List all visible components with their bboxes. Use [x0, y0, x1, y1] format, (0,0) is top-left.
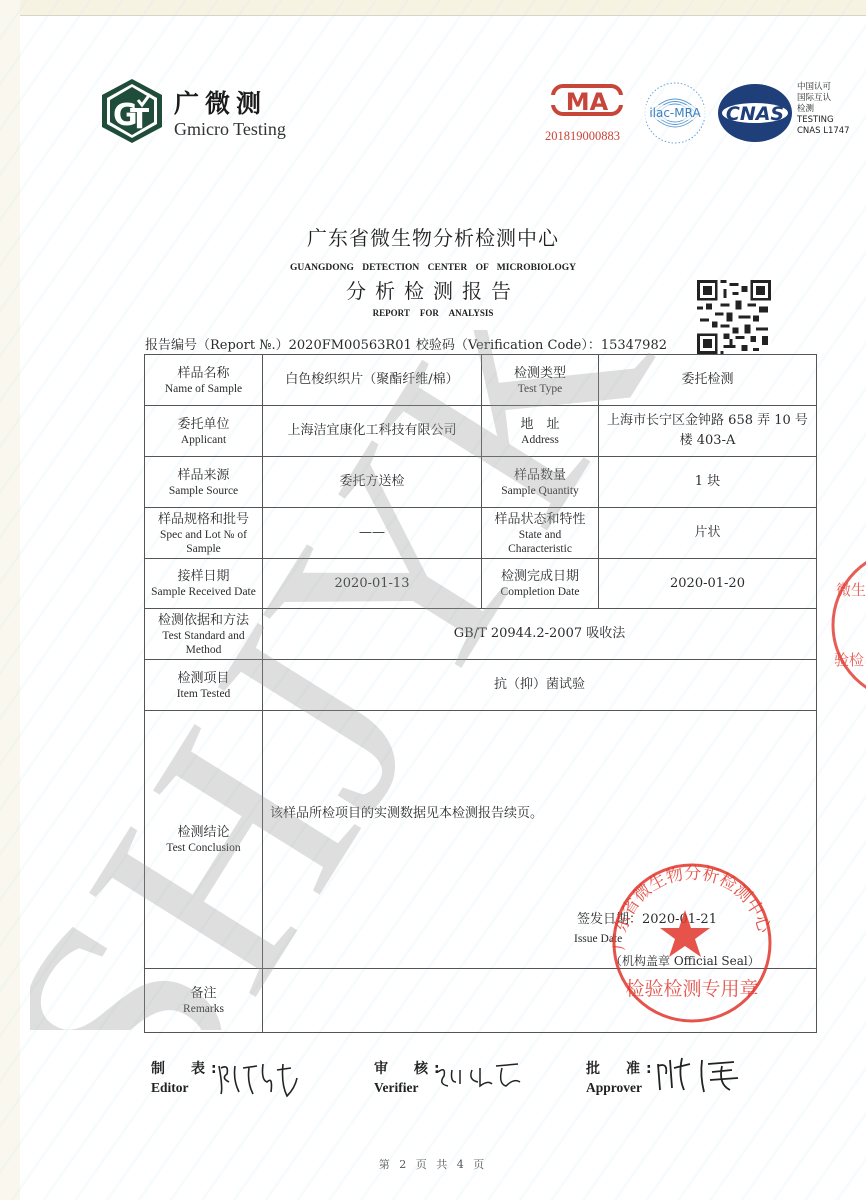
table-row: 样品名称Name of Sample 白色梭织织片（聚酯纤维/棉） 检测类型Te…	[145, 355, 817, 406]
partial-seal-stamp-icon: 微生 验检	[830, 540, 866, 710]
certification-logos: MA 201819000883 ilac-MRA CNAS 中国认可 国际互认 …	[545, 80, 845, 150]
qr-code-icon[interactable]	[697, 280, 771, 354]
label-cell: 检测结论Test Conclusion	[145, 711, 263, 969]
table-row: 样品规格和批号Spec and Lot № of Sample —— 样品状态和…	[145, 508, 817, 559]
table-row: 检测项目Item Tested 抗（抑）菌试验	[145, 660, 817, 711]
page-number: 第 2 页 共 4 页	[0, 1156, 866, 1172]
svg-text:验检: 验检	[834, 651, 864, 669]
svg-text:ilac-MRA: ilac-MRA	[649, 106, 701, 120]
verifier-signature-block: 审 核: Verifier	[374, 1058, 446, 1096]
issue-date-label-en: Issue Date	[574, 933, 622, 945]
label-cell: 接样日期Sample Received Date	[145, 559, 263, 609]
label-cell: 样品名称Name of Sample	[145, 355, 263, 406]
label-cell: 委托单位Applicant	[145, 406, 263, 457]
editor-signature-icon	[213, 1058, 308, 1100]
received-date-value: 2020-01-13	[263, 559, 482, 609]
report-number-line: 报告编号（Report №.）2020FM00563R01 校验码（Verifi…	[145, 334, 667, 353]
label-cell: 样品状态和特性State and Characteristic	[482, 508, 599, 559]
approver-signature-icon	[654, 1054, 744, 1094]
verifier-signature-icon	[434, 1060, 524, 1096]
test-type-value: 委托检测	[599, 355, 817, 406]
svg-text:微生: 微生	[836, 581, 866, 599]
remarks-value	[263, 969, 817, 1033]
svg-text:MA: MA	[566, 88, 609, 116]
logo-name-cn: 广微测	[174, 84, 267, 120]
label-cell: 备注Remarks	[145, 969, 263, 1033]
label-cell: 检测类型Test Type	[482, 355, 599, 406]
organization-title-cn: 广东省微生物分析检测中心	[0, 222, 866, 251]
scan-left-band	[0, 0, 20, 1200]
state-value: 片状	[599, 508, 817, 559]
logo-name-en: Gmicro Testing	[174, 119, 286, 140]
address-value: 上海市长宁区金钟路 658 弄 10 号楼 403-A	[599, 406, 817, 457]
sample-source-value: 委托方送检	[263, 457, 482, 508]
label-cell: 样品规格和批号Spec and Lot № of Sample	[145, 508, 263, 559]
table-row: 委托单位Applicant 上海洁宜康化工科技有限公司 地 址Address 上…	[145, 406, 817, 457]
spec-lot-value: ——	[263, 508, 482, 559]
label-cell: 检测项目Item Tested	[145, 660, 263, 711]
test-conclusion-value: 该样品所检项目的实测数据见本检测报告续页。	[270, 802, 543, 821]
item-tested-value: 抗（抑）菌试验	[263, 660, 817, 711]
sample-quantity-value: 1 块	[599, 457, 817, 508]
svg-text:T: T	[130, 102, 149, 135]
table-row: 检测结论Test Conclusion	[145, 711, 817, 969]
scan-top-line	[20, 15, 866, 16]
official-seal-label: （机构盖章 Official Seal）	[610, 952, 760, 969]
cnas-logo-icon: CNAS	[717, 83, 793, 143]
cma-number: 201819000883	[545, 129, 620, 144]
ilac-mra-logo-icon: ilac-MRA	[640, 80, 710, 146]
table-row: 接样日期Sample Received Date 2020-01-13 检测完成…	[145, 559, 817, 609]
table-row: 备注Remarks	[145, 969, 817, 1033]
completion-date-value: 2020-01-20	[599, 559, 817, 609]
organization-title-en: GUANGDONG DETECTION CENTER OF MICROBIOLO…	[0, 263, 866, 273]
cnas-accreditation-text: 中国认可 国际互认 检测 TESTING CNAS L1747	[797, 82, 850, 137]
gt-hexagon-logo-icon: G T	[100, 78, 164, 144]
cma-logo-icon: MA	[551, 83, 623, 117]
sample-name-value: 白色梭织织片（聚酯纤维/棉）	[263, 355, 482, 406]
label-cell: 地 址Address	[482, 406, 599, 457]
report-details-table: 样品名称Name of Sample 白色梭织织片（聚酯纤维/棉） 检测类型Te…	[144, 354, 817, 1033]
table-row: 样品来源Sample Source 委托方送检 样品数量Sample Quant…	[145, 457, 817, 508]
editor-signature-block: 制 表: Editor	[151, 1058, 223, 1096]
scan-top-band	[0, 0, 866, 16]
svg-text:CNAS: CNAS	[726, 103, 784, 125]
test-method-value: GB/T 20944.2-2007 吸收法	[263, 609, 817, 660]
issue-date: 签发日期：2020-01-21	[577, 908, 717, 927]
label-cell: 样品数量Sample Quantity	[482, 457, 599, 508]
label-cell: 样品来源Sample Source	[145, 457, 263, 508]
approver-signature-block: 批 准: Approver	[586, 1058, 658, 1096]
label-cell: 检测完成日期Completion Date	[482, 559, 599, 609]
label-cell: 检测依据和方法Test Standard and Method	[145, 609, 263, 660]
conclusion-cell	[263, 711, 817, 969]
table-row: 检测依据和方法Test Standard and Method GB/T 209…	[145, 609, 817, 660]
applicant-value: 上海洁宜康化工科技有限公司	[263, 406, 482, 457]
